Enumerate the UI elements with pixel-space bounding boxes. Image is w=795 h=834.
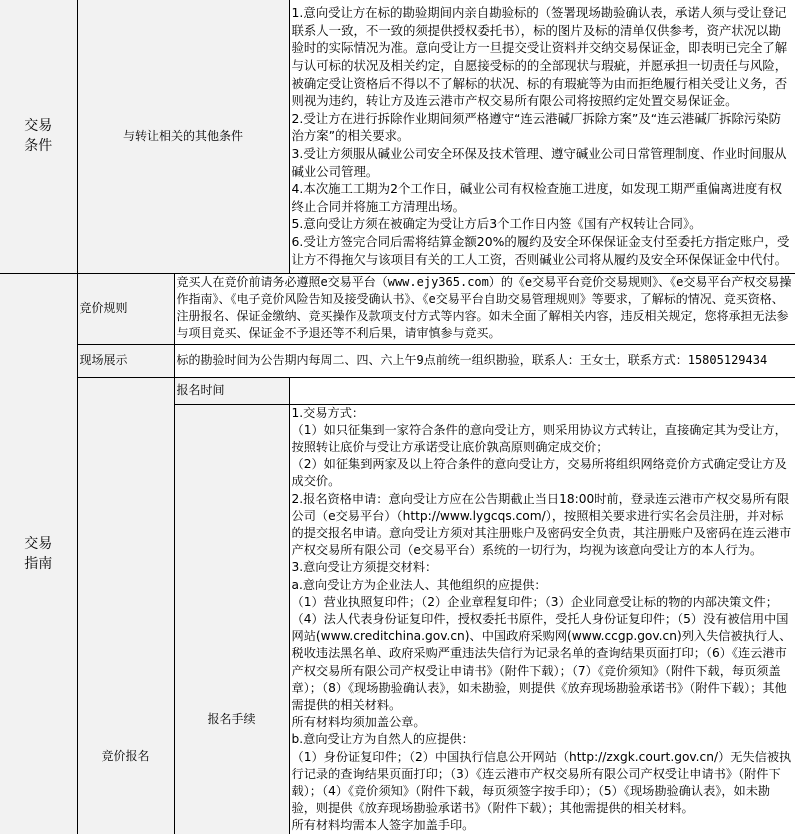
registration-time-value — [289, 377, 795, 404]
bidding-rules-row: 交易 指南 竞价规则 竞买人在竞价前请务必遵照e交易平台（www.ejy365.… — [0, 273, 795, 344]
section-title-line2: 指南 — [24, 556, 52, 572]
site-display-row: 现场展示 标的勘验时间为公告期内每周二、四、六上午9点前统一组织勘验，联系人：王… — [0, 344, 795, 377]
registration-procedure-content: 1.交易方式： （1）如只征集到一家符合条件的意向受让方，则采用协议方式转让，直… — [289, 404, 795, 834]
bidding-rules-label: 竞价规则 — [77, 273, 174, 344]
procedure-line-8: 所有材料均须加盖公章。 — [292, 714, 794, 731]
section-title-trading-conditions: 交易 条件 — [0, 0, 77, 273]
bid-registration-label: 竞价报名 — [77, 377, 174, 834]
registration-time-row: 竞价报名 报名时间 — [0, 377, 795, 404]
section-title-line2: 条件 — [24, 138, 52, 154]
other-conditions-label: 与转让相关的其他条件 — [77, 0, 289, 273]
registration-procedure-label: 报名手续 — [174, 404, 289, 834]
procedure-line-4: 2.报名资格申请：意向受让方应在公告期截止当日18:00时前，登录连云港市产权交… — [292, 491, 794, 560]
bidding-rules-content: 竞买人在竞价前请务必遵照e交易平台（www.ejy365.com）的《e交易平台… — [174, 273, 795, 344]
section-title-line1: 交易 — [24, 118, 52, 134]
procedure-line-5: 3.意向受让方须提交材料： — [292, 559, 794, 576]
condition-item-3: 3.受让方须服从碱业公司安全环保及技术管理、遵守碱业公司日常管理制度、作业时间服… — [292, 145, 794, 180]
trading-info-table: 交易 条件 与转让相关的其他条件 1.意向受让方在标的勘验期间内亲自勘验标的（签… — [0, 0, 795, 834]
procedure-line-2: （1）如只征集到一家符合条件的意向受让方，则采用协议方式转让，直接确定其为受让方… — [292, 422, 794, 456]
procedure-line-3: （2）如征集到两家及以上符合条件的意向受让方，交易所将组织网络竞价方式确定受让方… — [292, 456, 794, 490]
other-conditions-content: 1.意向受让方在标的勘验期间内亲自勘验标的（签署现场勘验确认表，承诺人须与受让登… — [289, 0, 795, 273]
procedure-line-11: 所有材料均需本人签字加盖手印。 — [292, 817, 794, 834]
trading-conditions-row: 交易 条件 与转让相关的其他条件 1.意向受让方在标的勘验期间内亲自勘验标的（签… — [0, 0, 795, 273]
site-display-label: 现场展示 — [77, 344, 174, 377]
condition-item-2: 2.受让方在进行拆除作业期间须严格遵守“连云港碱厂拆除方案”及“连云港碱厂拆除污… — [292, 110, 794, 145]
condition-item-4: 4.本次施工工期为2个工作日，碱业公司有权检查施工进度，如发现工期严重偏离进度有… — [292, 180, 794, 215]
procedure-line-7: （1）营业执照复印件；（2）企业章程复印件；（3）企业同意受让标的物的内部决策文… — [292, 594, 794, 714]
condition-item-5: 5.意向受让方须在被确定为受让方后3个工作日内签《国有产权转让合同》。 — [292, 215, 794, 233]
section-title-trading-guide: 交易 指南 — [0, 273, 77, 834]
procedure-line-9: b.意向受让方为自然人的应提供： — [292, 731, 794, 748]
site-display-content: 标的勘验时间为公告期内每周二、四、六上午9点前统一组织勘验，联系人：王女士，联系… — [174, 344, 795, 377]
condition-item-1: 1.意向受让方在标的勘验期间内亲自勘验标的（签署现场勘验确认表，承诺人须与受让登… — [292, 4, 794, 110]
registration-time-label: 报名时间 — [174, 377, 289, 404]
procedure-line-10: （1）身份证复印件；（2）中国执行信息公开网站（http://zxgk.cour… — [292, 749, 794, 818]
procedure-line-1: 1.交易方式： — [292, 405, 794, 422]
condition-item-6: 6.受让方签完合同后需将结算金额20%的履约及安全环保保证金支付至委托方指定账户… — [292, 233, 794, 268]
procedure-line-6: a.意向受让方为企业法人、其他组织的应提供： — [292, 577, 794, 594]
section-title-line1: 交易 — [24, 536, 52, 552]
